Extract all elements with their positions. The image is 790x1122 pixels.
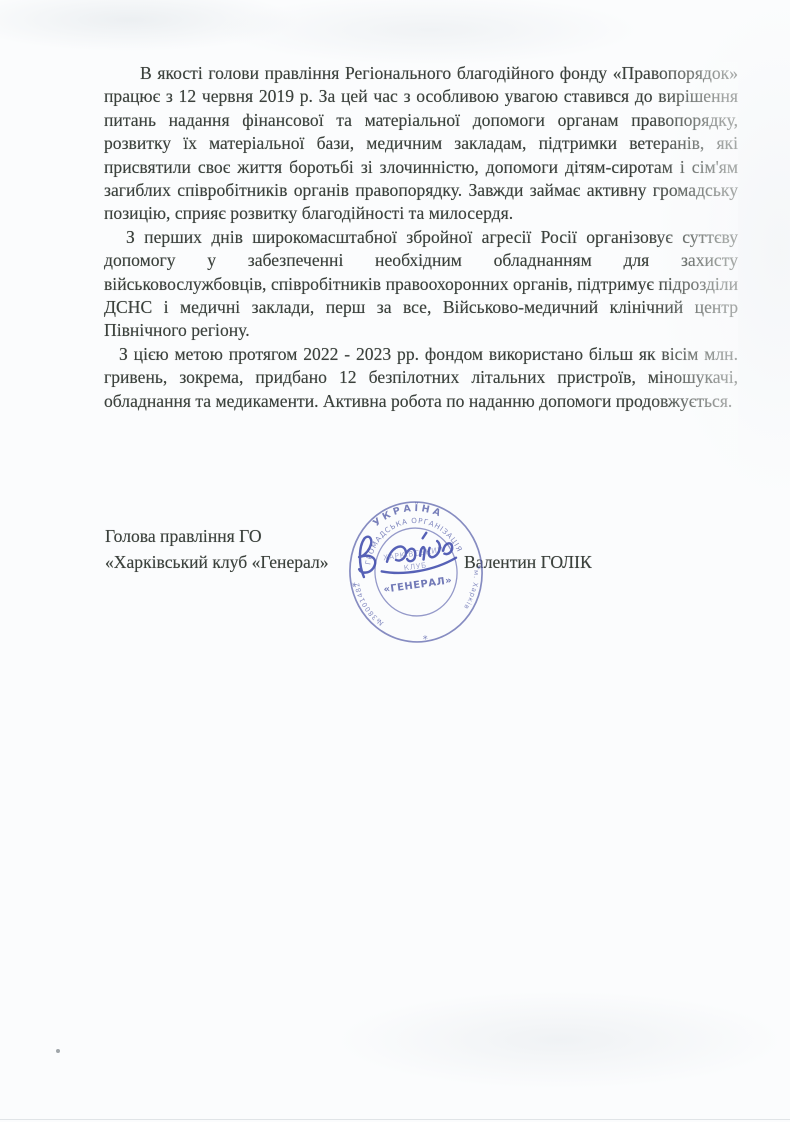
paragraph-2: З перших днів широкомасштабної збройної … xyxy=(104,226,738,343)
paragraph-1: В якості голови правління Регіонального … xyxy=(104,62,738,226)
signature-title-line-2: «Харківський клуб «Генерал» xyxy=(105,552,329,573)
star-icon: * xyxy=(422,629,428,641)
scan-speck-artifact xyxy=(56,1049,60,1053)
document-body-text: В якості голови правління Регіонального … xyxy=(104,62,738,413)
handwritten-signature xyxy=(344,522,480,589)
signature-title-line-1: Голова правління ГО xyxy=(105,526,262,547)
paragraph-3: З цією метою протягом 2022 - 2023 рр. фо… xyxy=(104,343,738,413)
scan-bottom-edge xyxy=(0,1119,790,1120)
scanned-document-page: В якості голови правління Регіонального … xyxy=(0,0,790,1122)
